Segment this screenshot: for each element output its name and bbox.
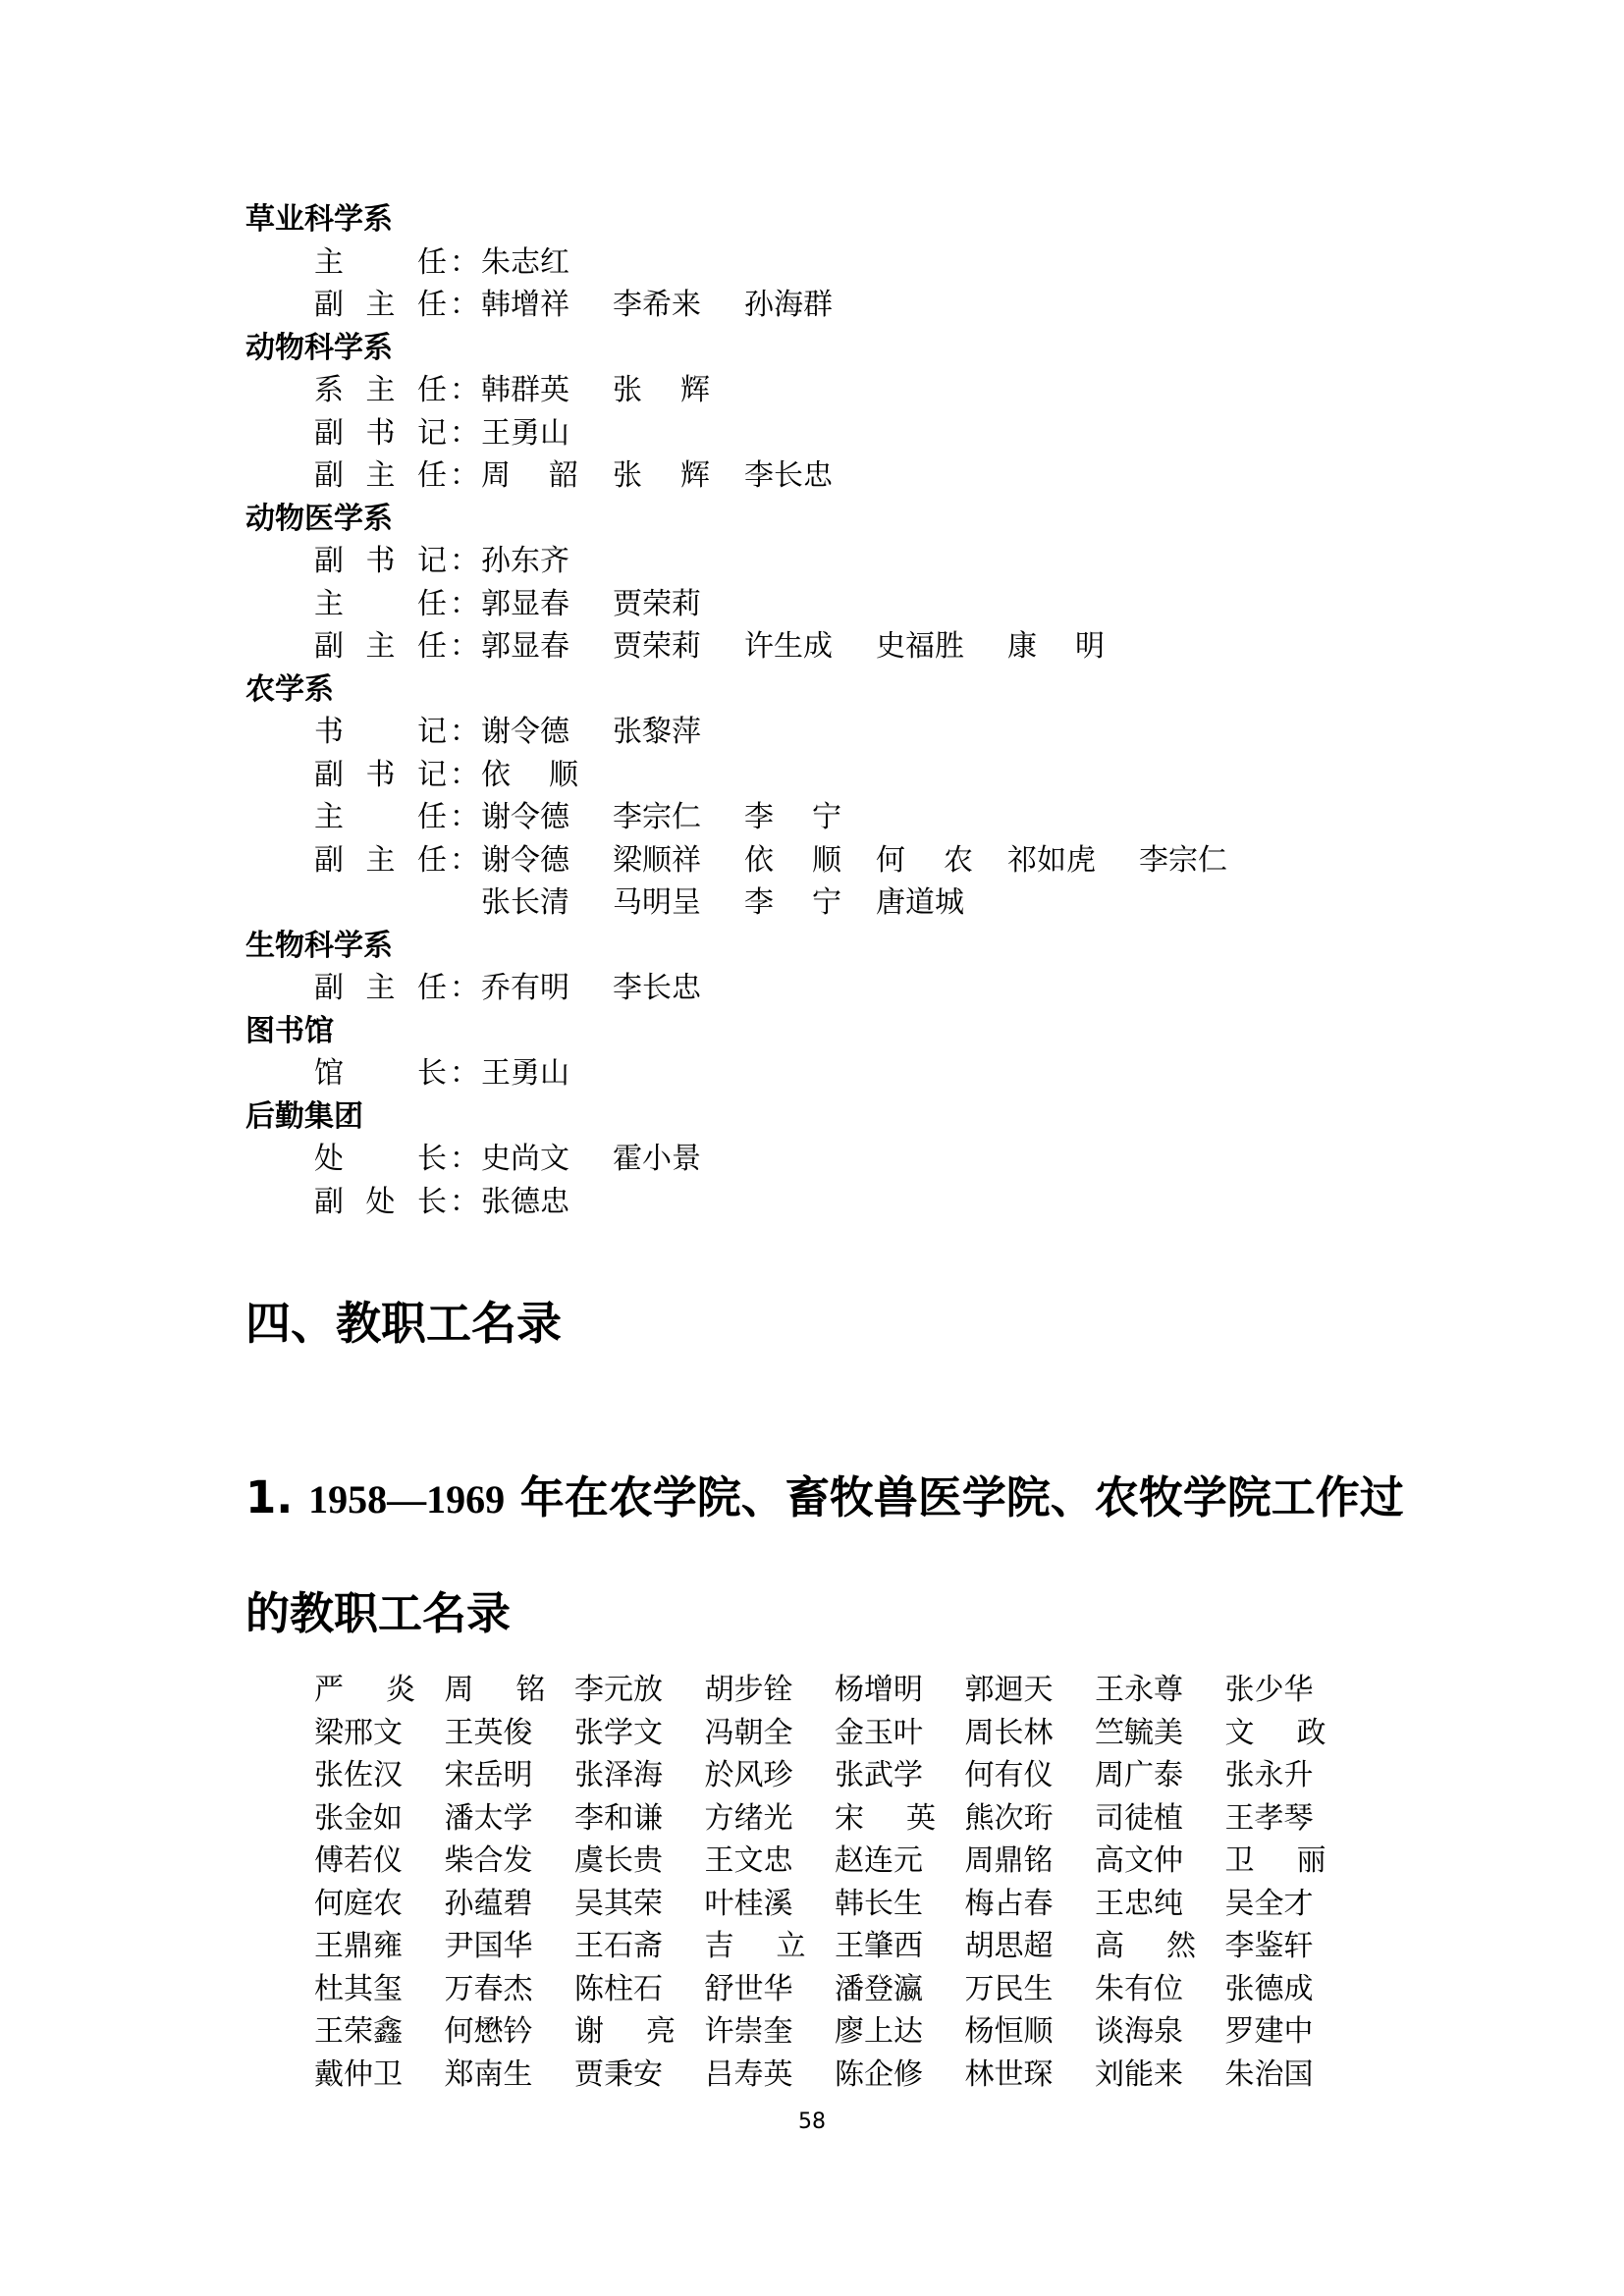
person-name: 李希来: [613, 284, 744, 327]
role-label-char: 副: [314, 284, 344, 327]
name-char: 卫: [1225, 1840, 1255, 1883]
role-label-char: 任: [417, 241, 447, 285]
staff-name: 陈企修: [835, 2054, 936, 2097]
role-label: 副书记：: [314, 540, 481, 583]
role-label-char: 长: [417, 1181, 447, 1224]
role-label-colon: ：: [450, 454, 479, 498]
staff-name: 熊次珩: [965, 1797, 1066, 1841]
role-label-char: 记: [417, 540, 447, 583]
department-title: 农学系: [245, 668, 1375, 712]
department-title: 草业科学系: [245, 198, 1375, 241]
name-char: 谢: [574, 2010, 604, 2054]
role-names: 谢令德张黎萍: [481, 711, 1375, 754]
staff-name: 高然: [1095, 1925, 1196, 1968]
role-line: 主任：谢令德李宗仁李宁: [245, 796, 1375, 839]
name-char: 明: [1075, 625, 1105, 668]
role-label-char: 记: [417, 711, 447, 754]
staff-name: 廖上达: [835, 2010, 936, 2054]
staff-name: 万民生: [965, 1968, 1066, 2011]
person-name: 李宗仁: [1139, 839, 1271, 882]
role-names: 史尚文霍小景: [481, 1138, 1375, 1181]
name-char: 严: [314, 1669, 344, 1712]
staff-name: 舒世华: [705, 1968, 806, 2011]
role-label-char: 处: [314, 1138, 344, 1181]
name-char: 李: [744, 796, 774, 839]
staff-name: 方绪光: [705, 1797, 806, 1841]
staff-name: 张佐汉: [314, 1754, 415, 1797]
name-char: 张: [613, 454, 642, 498]
role-label-char: 副: [314, 754, 344, 797]
staff-name: 潘太学: [445, 1797, 546, 1841]
role-label-char: 长: [417, 1052, 447, 1095]
staff-name: 罗建中: [1225, 2010, 1326, 2054]
role-label-colon: ：: [450, 1052, 479, 1095]
sub-heading-prefix: 1.: [245, 1471, 308, 1523]
role-label-colon: ：: [450, 241, 479, 285]
role-line: 副处长：张德忠: [245, 1181, 1375, 1224]
person-name: 李长忠: [744, 454, 876, 498]
staff-name: 吕寿英: [705, 2054, 806, 2097]
role-label: 馆长：: [314, 1052, 481, 1095]
staff-name: 金玉叶: [835, 1712, 936, 1755]
role-label-char: 主: [366, 369, 396, 412]
name-char: 高: [1095, 1925, 1124, 1968]
department-title: 动物科学系: [245, 327, 1375, 370]
person-name: 李宁: [744, 881, 876, 925]
role-label-char: 任: [417, 967, 447, 1010]
department-block: 草业科学系主任：朱志红副主任：韩增祥李希来孙海群: [245, 198, 1375, 327]
staff-name: 吉立: [705, 1925, 806, 1968]
person-name: 朱志红: [481, 241, 613, 285]
staff-name: 王孝琴: [1225, 1797, 1326, 1841]
staff-name: 许崇奎: [705, 2010, 806, 2054]
staff-name: 张永升: [1225, 1754, 1326, 1797]
person-name: 谢令德: [481, 796, 613, 839]
name-char: 宁: [812, 796, 841, 839]
role-names: 韩群英张辉: [481, 369, 1375, 412]
person-name: 谢令德: [481, 839, 613, 882]
person-name: 郭显春: [481, 583, 613, 626]
staff-name: 宋岳明: [445, 1754, 546, 1797]
role-names: 郭显春贾荣莉: [481, 583, 1375, 626]
staff-name: 贾秉安: [574, 2054, 676, 2097]
staff-name: 万春杰: [445, 1968, 546, 2011]
role-label-char: 记: [417, 754, 447, 797]
name-char: 丽: [1297, 1840, 1326, 1883]
role-line: 书记：谢令德张黎萍: [245, 711, 1375, 754]
name-char: 文: [1225, 1712, 1255, 1755]
staff-name: 吴全才: [1225, 1883, 1326, 1926]
role-label-char: 记: [417, 412, 447, 455]
staff-name: 何庭农: [314, 1883, 415, 1926]
role-label: 系主任：: [314, 369, 481, 412]
role-names: 王勇山: [481, 412, 1375, 455]
person-name: 乔有明: [481, 967, 613, 1010]
role-label-char: 主: [366, 454, 396, 498]
staff-name: 张泽海: [574, 1754, 676, 1797]
role-line: 副主任：韩增祥李希来孙海群: [245, 284, 1375, 327]
person-name: 张辉: [613, 454, 744, 498]
role-label: 副主任：: [314, 454, 481, 498]
role-label: 副主任：: [314, 625, 481, 668]
role-line: 处长：史尚文霍小景: [245, 1138, 1375, 1181]
role-names: 谢令德梁顺祥依顺何农祁如虎李宗仁张长清马明呈李宁唐道城: [481, 839, 1375, 925]
name-char: 宋: [835, 1797, 864, 1841]
role-line: 副主任：谢令德梁顺祥依顺何农祁如虎李宗仁张长清马明呈李宁唐道城: [245, 839, 1375, 925]
role-label: 副主任：: [314, 967, 481, 1010]
staff-name: 於风珍: [705, 1754, 806, 1797]
role-line: 副主任：乔有明李长忠: [245, 967, 1375, 1010]
role-names: 朱志红: [481, 241, 1375, 285]
staff-name: 梁邢文: [314, 1712, 415, 1755]
role-label-char: 主: [366, 284, 396, 327]
staff-name: 潘登瀛: [835, 1968, 936, 2011]
role-label-char: 书: [366, 754, 396, 797]
person-name: 康明: [1007, 625, 1139, 668]
role-label-char: 处: [366, 1181, 396, 1224]
staff-name-grid: 严炎周铭李元放胡步铨杨增明郭迴天王永尊张少华梁邢文王英俊张学文冯朝全金玉叶周长林…: [314, 1669, 1355, 2096]
staff-name: 杜其玺: [314, 1968, 415, 2011]
staff-name: 王永尊: [1095, 1669, 1196, 1712]
role-line: 副主任：郭显春贾荣莉许生成史福胜康明: [245, 625, 1375, 668]
staff-name: 卫丽: [1225, 1840, 1326, 1883]
department-block: 生物科学系副主任：乔有明李长忠: [245, 925, 1375, 1010]
role-names: 谢令德李宗仁李宁: [481, 796, 1375, 839]
staff-name: 杨恒顺: [965, 2010, 1066, 2054]
name-char: 宁: [812, 881, 841, 925]
staff-name: 何有仪: [965, 1754, 1066, 1797]
role-label-char: 馆: [314, 1052, 344, 1095]
person-name: 许生成: [744, 625, 876, 668]
role-line: 主任：郭显春贾荣莉: [245, 583, 1375, 626]
staff-name: 何懋钤: [445, 2010, 546, 2054]
staff-name: 王石斋: [574, 1925, 676, 1968]
role-label-colon: ：: [450, 540, 479, 583]
role-names: 韩增祥李希来孙海群: [481, 284, 1375, 327]
document-page: 草业科学系主任：朱志红副主任：韩增祥李希来孙海群动物科学系系主任：韩群英张辉副书…: [0, 0, 1624, 2296]
staff-name: 王英俊: [445, 1712, 546, 1755]
person-name: 史尚文: [481, 1138, 613, 1181]
department-block: 农学系书记：谢令德张黎萍副书记：依顺主任：谢令德李宗仁李宁副主任：谢令德梁顺祥依…: [245, 668, 1375, 925]
staff-name: 张学文: [574, 1712, 676, 1755]
role-label-char: 书: [314, 711, 344, 754]
person-name: 史福胜: [876, 625, 1007, 668]
role-line: 馆长：王勇山: [245, 1052, 1375, 1095]
staff-name: 赵连元: [835, 1840, 936, 1883]
staff-name: 严炎: [314, 1669, 415, 1712]
role-label: 主任：: [314, 796, 481, 839]
role-names: 乔有明李长忠: [481, 967, 1375, 1010]
role-line: 主任：朱志红: [245, 241, 1375, 285]
role-label: 主任：: [314, 583, 481, 626]
person-name: 唐道城: [876, 881, 1007, 925]
department-title: 动物医学系: [245, 498, 1375, 541]
name-char: 铭: [516, 1669, 546, 1712]
role-label-char: 任: [417, 839, 447, 882]
role-label: 副书记：: [314, 754, 481, 797]
role-label-colon: ：: [450, 369, 479, 412]
role-label-char: 书: [366, 412, 396, 455]
name-char: 周: [445, 1669, 474, 1712]
role-label-colon: ：: [450, 1181, 479, 1224]
staff-name: 郑南生: [445, 2054, 546, 2097]
staff-name: 司徒植: [1095, 1797, 1196, 1841]
staff-name: 叶桂溪: [705, 1883, 806, 1926]
role-label-char: 长: [417, 1138, 447, 1181]
person-name: 韩群英: [481, 369, 613, 412]
person-name: 王勇山: [481, 412, 613, 455]
name-char: 立: [777, 1925, 806, 1968]
role-label-char: 副: [314, 839, 344, 882]
section-heading: 四、教职工名录: [245, 1294, 562, 1353]
role-label-colon: ：: [450, 967, 479, 1010]
role-label-colon: ：: [450, 284, 479, 327]
role-label-colon: ：: [450, 583, 479, 626]
role-line: 副书记：王勇山: [245, 412, 1375, 455]
staff-name: 尹国华: [445, 1925, 546, 1968]
person-name: 梁顺祥: [613, 839, 744, 882]
person-name: 张长清: [481, 881, 613, 925]
role-label-char: 副: [314, 540, 344, 583]
department-title: 图书馆: [245, 1010, 1375, 1053]
person-name: 贾荣莉: [613, 625, 744, 668]
role-label-char: 任: [417, 369, 447, 412]
role-names: 王勇山: [481, 1052, 1375, 1095]
staff-name: 高文仲: [1095, 1840, 1196, 1883]
person-name: 祁如虎: [1007, 839, 1139, 882]
name-char: 亮: [646, 2010, 676, 2054]
staff-name: 郭迴天: [965, 1669, 1066, 1712]
role-line: 系主任：韩群英张辉: [245, 369, 1375, 412]
person-name: 贾荣莉: [613, 583, 744, 626]
staff-name: 张少华: [1225, 1669, 1326, 1712]
person-name: 何农: [876, 839, 1007, 882]
role-label-char: 副: [314, 625, 344, 668]
staff-name: 李元放: [574, 1669, 676, 1712]
name-char: 张: [613, 369, 642, 412]
person-name: 马明呈: [613, 881, 744, 925]
name-char: 康: [1007, 625, 1037, 668]
person-name: 霍小景: [613, 1138, 744, 1181]
person-name: 孙东齐: [481, 540, 613, 583]
staff-name: 王忠纯: [1095, 1883, 1196, 1926]
name-char: 李: [744, 881, 774, 925]
role-names: 依顺: [481, 754, 1375, 797]
person-name: 依顺: [744, 839, 876, 882]
department-block: 图书馆馆长：王勇山: [245, 1010, 1375, 1095]
role-label-char: 任: [417, 625, 447, 668]
role-label-char: 主: [366, 625, 396, 668]
role-line: 副书记：孙东齐: [245, 540, 1375, 583]
role-label-char: 系: [314, 369, 344, 412]
staff-name: 王荣鑫: [314, 2010, 415, 2054]
staff-name: 王文忠: [705, 1840, 806, 1883]
name-char: 顺: [812, 839, 841, 882]
role-label-char: 主: [314, 796, 344, 839]
name-char: 辉: [680, 454, 710, 498]
staff-name: 谢亮: [574, 2010, 676, 2054]
role-label-char: 任: [417, 583, 447, 626]
person-name: 周韶: [481, 454, 613, 498]
staff-name: 周长林: [965, 1712, 1066, 1755]
role-label: 处长：: [314, 1138, 481, 1181]
role-label-char: 副: [314, 412, 344, 455]
staff-name: 傅若仪: [314, 1840, 415, 1883]
role-label-char: 任: [417, 284, 447, 327]
staff-name: 李和谦: [574, 1797, 676, 1841]
role-names: 周韶张辉李长忠: [481, 454, 1375, 498]
staff-name: 周铭: [445, 1669, 546, 1712]
person-name: 张辉: [613, 369, 744, 412]
department-leadership-roster: 草业科学系主任：朱志红副主任：韩增祥李希来孙海群动物科学系系主任：韩群英张辉副书…: [245, 198, 1375, 1223]
person-name: 孙海群: [744, 284, 876, 327]
role-line: 副主任：周韶张辉李长忠: [245, 454, 1375, 498]
department-title: 后勤集团: [245, 1095, 1375, 1139]
page-number: 58: [0, 2109, 1624, 2136]
role-label-colon: ：: [450, 796, 479, 839]
person-name: 韩增祥: [481, 284, 613, 327]
role-label-colon: ：: [450, 839, 479, 882]
staff-name: 戴仲卫: [314, 2054, 415, 2097]
role-label-char: 副: [314, 967, 344, 1010]
person-name: 李长忠: [613, 967, 744, 1010]
staff-name: 朱有位: [1095, 1968, 1196, 2011]
staff-name: 柴合发: [445, 1840, 546, 1883]
name-char: 韶: [549, 454, 578, 498]
role-label-colon: ：: [450, 625, 479, 668]
staff-name: 王鼎雍: [314, 1925, 415, 1968]
role-label-colon: ：: [450, 1138, 479, 1181]
staff-name: 张德成: [1225, 1968, 1326, 2011]
name-char: 政: [1297, 1712, 1326, 1755]
role-label: 副处长：: [314, 1181, 481, 1224]
role-names: 孙东齐: [481, 540, 1375, 583]
department-block: 后勤集团处长：史尚文霍小景副处长：张德忠: [245, 1095, 1375, 1224]
name-char: 周: [481, 454, 511, 498]
name-char: 英: [906, 1797, 936, 1841]
staff-name: 林世琛: [965, 2054, 1066, 2097]
staff-name: 梅占春: [965, 1883, 1066, 1926]
role-label-char: 任: [417, 796, 447, 839]
role-label-char: 副: [314, 454, 344, 498]
staff-name: 文政: [1225, 1712, 1326, 1755]
name-char: 炎: [386, 1669, 415, 1712]
role-label-char: 书: [366, 540, 396, 583]
staff-name: 胡步铨: [705, 1669, 806, 1712]
sub-heading-years: 1958—1969: [308, 1477, 505, 1522]
role-label-colon: ：: [450, 754, 479, 797]
staff-name: 周鼎铭: [965, 1840, 1066, 1883]
staff-name: 孙蕴碧: [445, 1883, 546, 1926]
person-name: 依顺: [481, 754, 613, 797]
name-char: 依: [744, 839, 774, 882]
role-label-char: 主: [366, 967, 396, 1010]
staff-name: 张金如: [314, 1797, 415, 1841]
name-char: 依: [481, 754, 511, 797]
role-label: 副主任：: [314, 284, 481, 327]
staff-name: 刘能来: [1095, 2054, 1196, 2097]
role-label-char: 任: [417, 454, 447, 498]
staff-name: 胡思超: [965, 1925, 1066, 1968]
role-label: 副主任：: [314, 839, 481, 882]
role-label-char: 主: [366, 839, 396, 882]
name-char: 农: [944, 839, 973, 882]
role-label-char: 主: [314, 583, 344, 626]
staff-name: 周广泰: [1095, 1754, 1196, 1797]
staff-name: 冯朝全: [705, 1712, 806, 1755]
role-label-char: 主: [314, 241, 344, 285]
role-label: 主任：: [314, 241, 481, 285]
staff-name: 虞长贵: [574, 1840, 676, 1883]
person-name: 张德忠: [481, 1181, 613, 1224]
staff-name: 朱治国: [1225, 2054, 1326, 2097]
role-label: 书记：: [314, 711, 481, 754]
role-label: 副书记：: [314, 412, 481, 455]
staff-name: 韩长生: [835, 1883, 936, 1926]
person-name: 李宁: [744, 796, 876, 839]
department-block: 动物科学系系主任：韩群英张辉副书记：王勇山副主任：周韶张辉李长忠: [245, 327, 1375, 498]
staff-name: 陈柱石: [574, 1968, 676, 2011]
name-char: 顺: [549, 754, 578, 797]
staff-name: 宋英: [835, 1797, 936, 1841]
staff-name: 李鉴轩: [1225, 1925, 1326, 1968]
role-label-colon: ：: [450, 711, 479, 754]
role-names: 郭显春贾荣莉许生成史福胜康明: [481, 625, 1375, 668]
name-char: 何: [876, 839, 905, 882]
sub-heading: 1. 1958—1969 年在农学院、畜牧兽医学院、农牧学院工作过的教职工名录: [245, 1441, 1404, 1671]
role-line: 副书记：依顺: [245, 754, 1375, 797]
department-title: 生物科学系: [245, 925, 1375, 968]
person-name: 郭显春: [481, 625, 613, 668]
department-block: 动物医学系副书记：孙东齐主任：郭显春贾荣莉副主任：郭显春贾荣莉许生成史福胜康明: [245, 498, 1375, 668]
staff-name: 张武学: [835, 1754, 936, 1797]
role-label-char: 副: [314, 1181, 344, 1224]
person-name: 李宗仁: [613, 796, 744, 839]
staff-name: 杨增明: [835, 1669, 936, 1712]
staff-name: 王肇西: [835, 1925, 936, 1968]
person-name: 王勇山: [481, 1052, 613, 1095]
role-names: 张德忠: [481, 1181, 1375, 1224]
role-label-colon: ：: [450, 412, 479, 455]
staff-name: 竺毓美: [1095, 1712, 1196, 1755]
person-name: 张黎萍: [613, 711, 744, 754]
name-char: 然: [1166, 1925, 1196, 1968]
staff-name: 谈海泉: [1095, 2010, 1196, 2054]
name-char: 辉: [680, 369, 710, 412]
person-name: 谢令德: [481, 711, 613, 754]
name-char: 吉: [705, 1925, 734, 1968]
staff-name: 吴其荣: [574, 1883, 676, 1926]
